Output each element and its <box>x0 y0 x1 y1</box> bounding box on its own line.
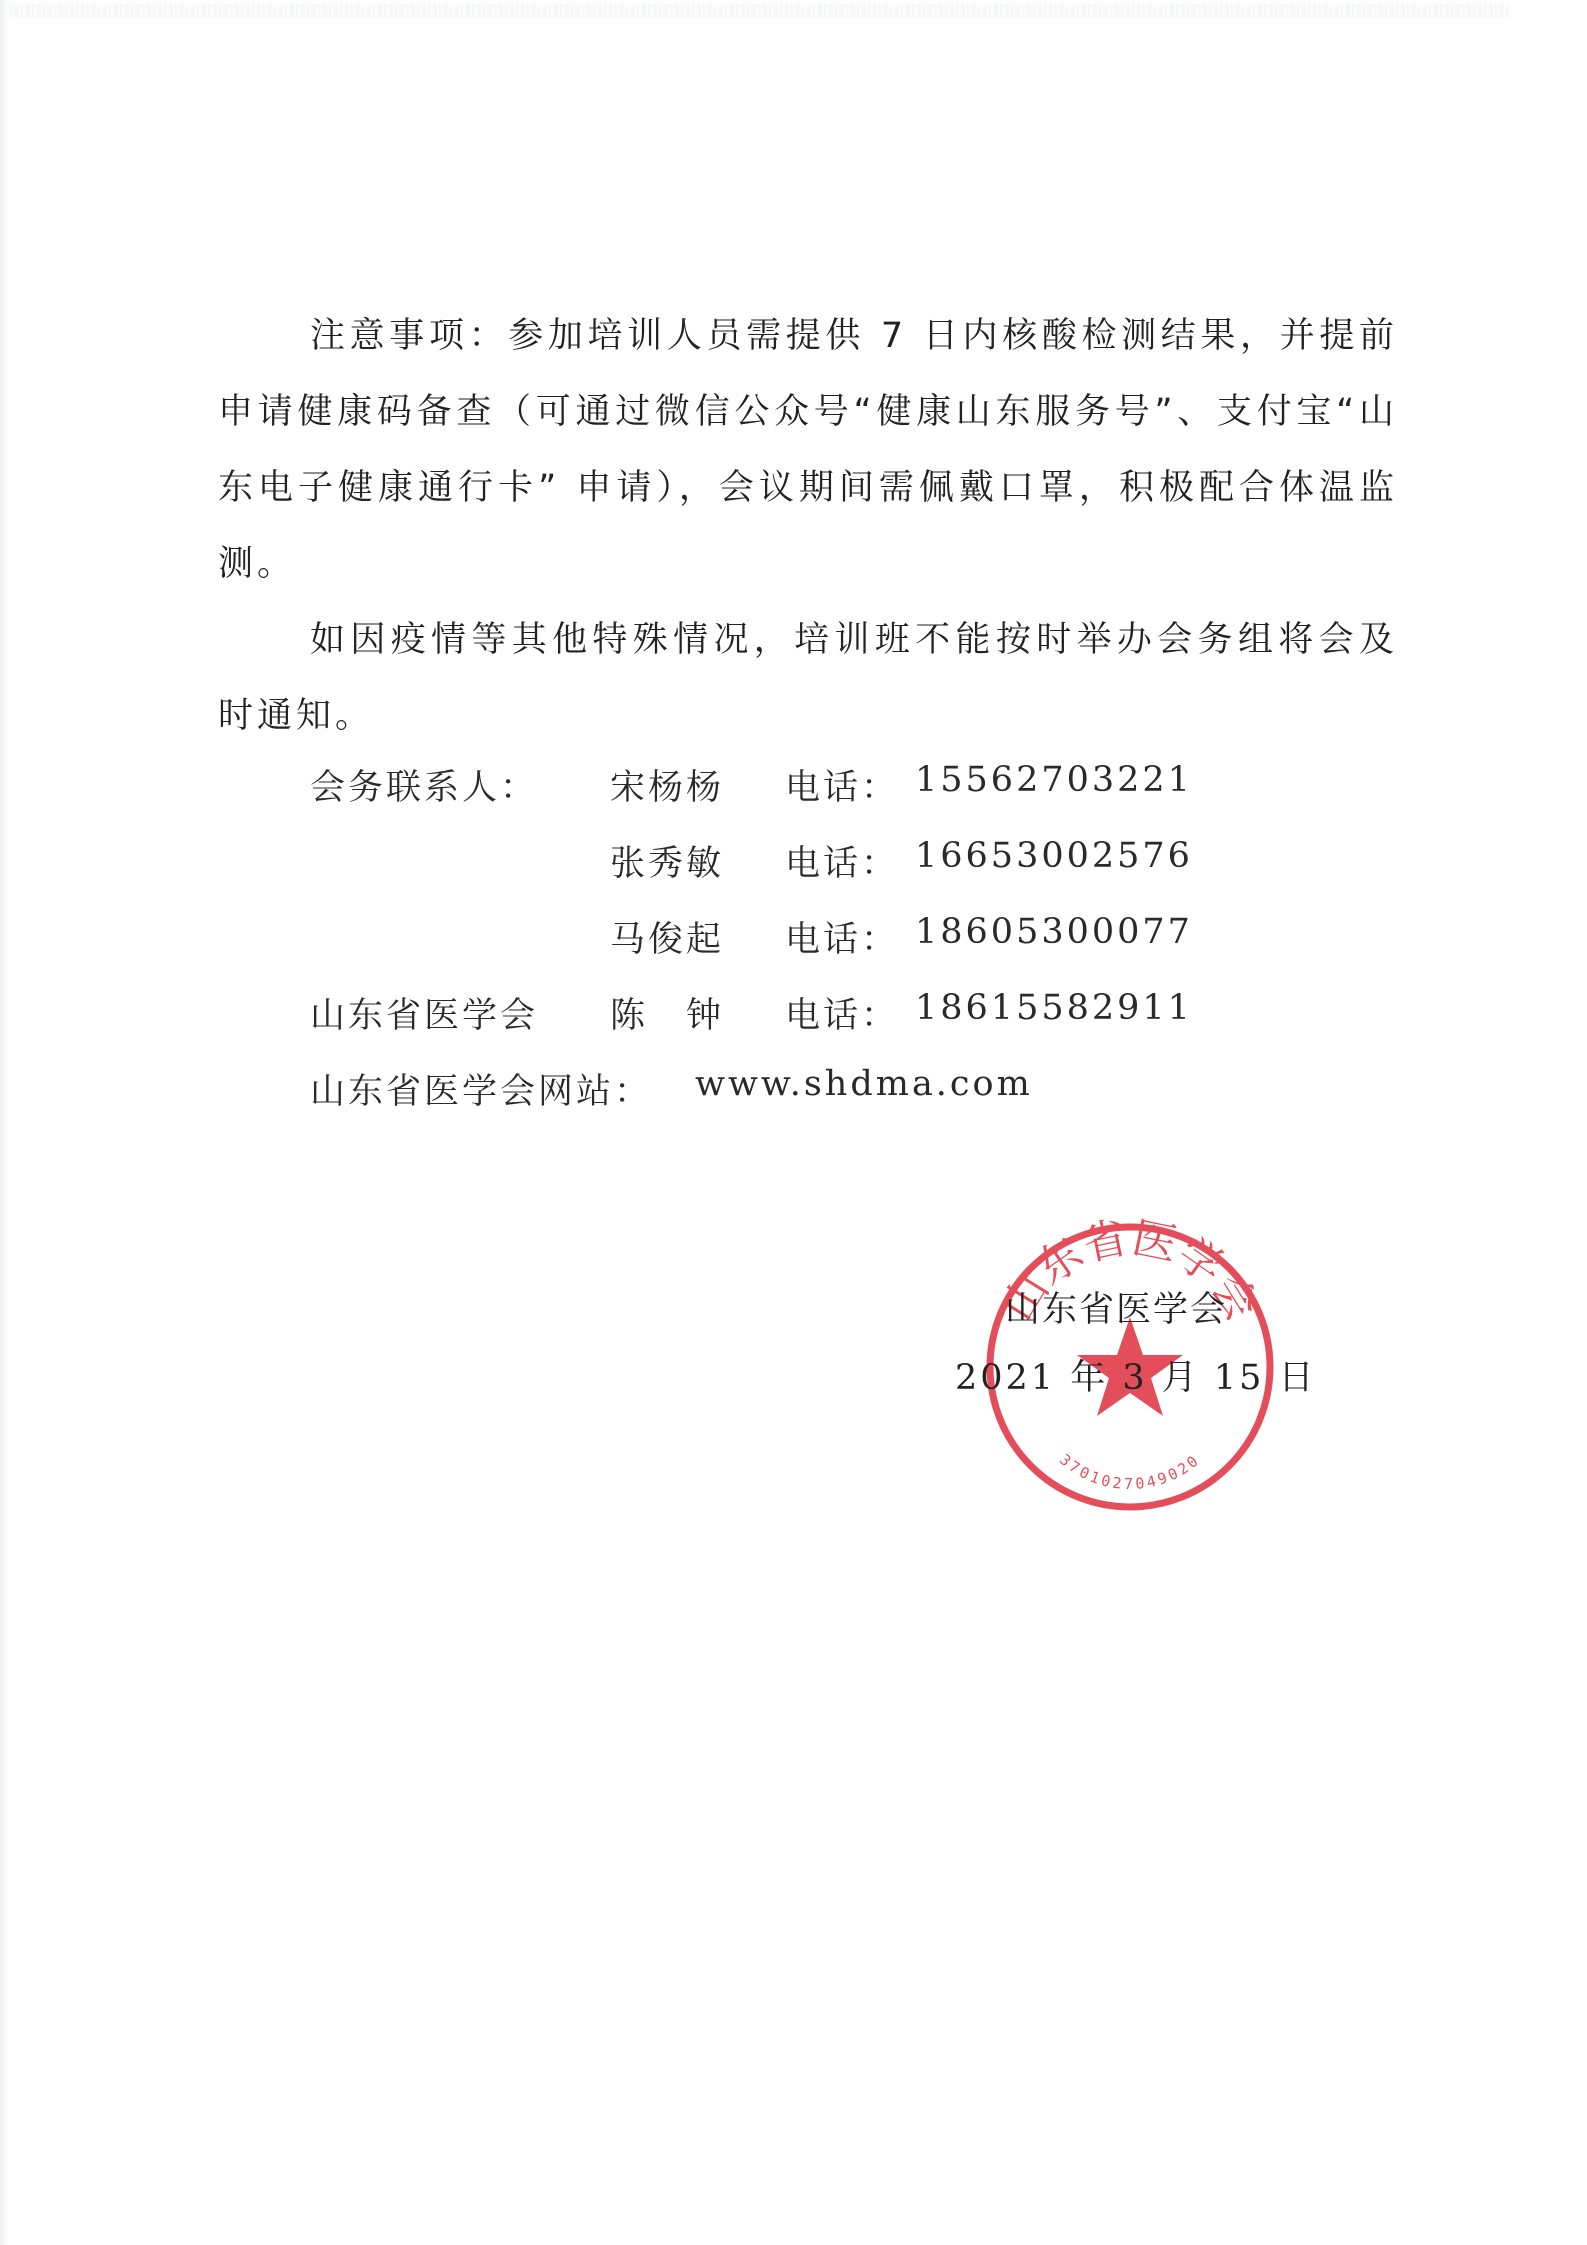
org-name: 山东省医学会 <box>310 988 538 1038</box>
contact-phone: 18615582911 <box>915 988 1193 1028</box>
signature-date: 2021 年 3 月 15 日 <box>955 1350 1317 1400</box>
signature-org: 山东省医学会 <box>1005 1282 1227 1332</box>
contact-phone: 15562703221 <box>915 760 1193 800</box>
website-label: 山东省医学会网站： <box>310 1064 652 1114</box>
notice-body: 注意事项：参加培训人员需提供 7 日内核酸检测结果，并提前申请健康码备查（可通过… <box>218 298 1398 754</box>
phone-label: 电话： <box>785 988 899 1038</box>
scan-edge <box>0 0 10 2245</box>
contact-name: 张秀敏 <box>610 836 724 886</box>
contact-name: 宋杨杨 <box>610 760 724 810</box>
website-link[interactable]: www.shdma.com <box>695 1064 1033 1104</box>
contact-label: 会务联系人： <box>310 760 538 810</box>
phone-label: 电话： <box>785 836 899 886</box>
contact-phone: 16653002576 <box>915 836 1193 876</box>
phone-label: 电话： <box>785 912 899 962</box>
paragraph-notice: 如因疫情等其他特殊情况，培训班不能按时举办会务组将会及时通知。 <box>218 602 1398 754</box>
contact-name: 马俊起 <box>610 912 724 962</box>
contact-name: 陈 钟 <box>610 988 724 1038</box>
seal-code: 3701027049020 <box>1056 1450 1204 1493</box>
paragraph-precautions: 注意事项：参加培训人员需提供 7 日内核酸检测结果，并提前申请健康码备查（可通过… <box>218 298 1398 602</box>
phone-label: 电话： <box>785 760 899 810</box>
contact-phone: 18605300077 <box>915 912 1193 952</box>
scan-noise <box>10 4 1510 18</box>
